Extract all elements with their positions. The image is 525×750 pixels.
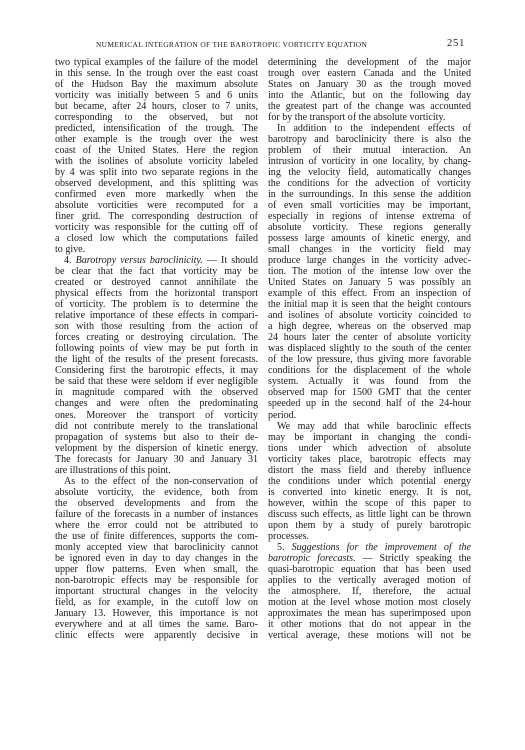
text-run: and isolines of absolute vorticity coinc…: [268, 310, 471, 321]
text-run: for by the transport of the absolute vor…: [268, 112, 445, 123]
text-run: other example is the trough over the wes…: [55, 134, 258, 145]
text-line: observed map for 1500 GMT that the cente…: [268, 387, 471, 398]
text-line: be clear that the fact that vorticity ma…: [55, 266, 258, 277]
text-line: The forecasts for January 30 and January…: [55, 454, 258, 465]
text-line: a high degree, whereas on the observed m…: [268, 321, 471, 332]
text-line: of the Hudson Bay the maximum absolute: [55, 79, 258, 90]
text-line: As to the effect of the non-conservation…: [55, 476, 258, 487]
text-line: of even small vorticities may be importa…: [268, 200, 471, 211]
text-run: important structural changes in the velo…: [55, 586, 258, 597]
text-run: in the surroundings. In this sense the a…: [268, 189, 471, 200]
italic-heading: barotropic forecasts.: [268, 553, 356, 564]
text-line: vorticity was initially between 5 and 6 …: [55, 90, 258, 101]
text-line: but became, after 24 hours, closer to 7 …: [55, 101, 258, 112]
text-run: field, as for example, in the cutoff low…: [55, 597, 258, 608]
text-run: the light of the results of the present …: [55, 354, 258, 365]
text-run: where the error could not be attributed …: [55, 520, 258, 531]
text-line: trough over eastern Canada and the Unite…: [268, 68, 471, 79]
text-run: failure of the forecasts in a number of …: [55, 509, 258, 520]
text-run: the atmosphere. If, therefore, the actua…: [268, 586, 471, 597]
text-run: applies to the vertically averaged motio…: [268, 575, 471, 586]
text-line: of the low pressure, thus giving more fa…: [268, 354, 471, 365]
text-line: failure of the forecasts in a number of …: [55, 509, 258, 520]
text-line: propagation of systems but also to their…: [55, 432, 258, 443]
text-line: distort the mass field and thereby influ…: [268, 465, 471, 476]
text-line: system. Actually it was found from the: [268, 376, 471, 387]
text-line: motion at the level whose motion most cl…: [268, 597, 471, 608]
text-run: did not contribute merely to the transla…: [55, 421, 258, 432]
text-run: produce large changes in the vorticity a…: [268, 255, 471, 266]
text-line: the atmosphere. If, therefore, the actua…: [268, 586, 471, 597]
text-run: of the low pressure, thus giving more fa…: [268, 354, 471, 365]
text-line: following points of view may be put fort…: [55, 343, 258, 354]
running-title: NUMERICAL INTEGRATION OF THE BAROTROPIC …: [96, 40, 396, 49]
text-run: the conditions for the advection of vort…: [268, 178, 471, 189]
text-line: States on January 30 as the trough moved: [268, 79, 471, 90]
text-run: upon them by a study of purely barotropi…: [268, 520, 471, 531]
text-line: velopment by the dispersion of kinetic e…: [55, 443, 258, 454]
text-line: conditions for the displacement of the w…: [268, 365, 471, 376]
text-line: be ignored even in day to day changes in…: [55, 553, 258, 564]
text-run: States on January 30 as the trough moved: [268, 79, 471, 90]
text-line: relative importance of these effects in …: [55, 310, 258, 321]
text-run: United States on January 5 was possibly …: [268, 277, 471, 288]
text-run: absolute vorticity. These regions genera…: [268, 222, 471, 233]
text-run: of even small vorticities may be importa…: [268, 200, 471, 211]
journal-page: NUMERICAL INTEGRATION OF THE BAROTROPIC …: [0, 0, 525, 750]
text-line: quasi-barotropic equation that has been …: [268, 564, 471, 575]
italic-heading: Barotropy versus baroclinicity.: [76, 255, 203, 266]
text-run: of the Hudson Bay the maximum absolute: [55, 79, 258, 90]
text-line: it other motions that do not appear in t…: [268, 619, 471, 630]
text-line: field, as for example, in the cutoff low…: [55, 597, 258, 608]
text-run: are illustrations of this point.: [55, 465, 171, 476]
text-line: In addition to the independent effects o…: [268, 123, 471, 134]
text-run: approximates the mean has superimposed u…: [268, 608, 471, 619]
text-run: propagation of systems but also to their…: [55, 432, 258, 443]
text-line: however, within the scope of this paper …: [268, 498, 471, 509]
text-run: by 4 was split into two separate regions…: [55, 167, 258, 178]
text-line: vertical average, these motions will not…: [268, 630, 471, 641]
text-line: period.: [268, 410, 471, 421]
text-line: predicted, intensification of the trough…: [55, 123, 258, 134]
text-run: was displaced slightly to the south of t…: [268, 343, 471, 354]
text-run: created or destroyed cannot annihilate t…: [55, 277, 258, 288]
text-line: absolute vorticity, the evidence, both f…: [55, 487, 258, 498]
text-line: problem of their mutual interaction. An: [268, 145, 471, 156]
text-line: observed development, and this splitting…: [55, 178, 258, 189]
text-run: son with those resulting from the action…: [55, 321, 258, 332]
text-run: barotropy and baroclinicity there is als…: [268, 134, 471, 145]
text-line: the use of finite differences, supports …: [55, 531, 258, 542]
text-run: intrusion of vorticity in one locality, …: [268, 156, 471, 167]
text-line: tions under which advection of absolute: [268, 443, 471, 454]
text-line: non-barotropic effects may be responsibl…: [55, 575, 258, 586]
text-run: physical effects from the horizontal tra…: [55, 288, 258, 299]
text-line: and isolines of absolute vorticity coinc…: [268, 310, 471, 321]
text-line: are illustrations of this point.: [55, 465, 258, 476]
text-line: tion. The motion of the intense low over…: [268, 266, 471, 277]
text-line: confirmed even more markedly when the: [55, 189, 258, 200]
text-run: system. Actually it was found from the: [268, 376, 471, 387]
text-run: example of this effect. From an inspecti…: [268, 288, 471, 299]
left-column: two typical examples of the failure of t…: [55, 57, 258, 641]
text-line: physical effects from the horizontal tra…: [55, 288, 258, 299]
text-run: tion. The motion of the intense low over…: [268, 266, 471, 277]
text-run: forces creating or destroying circulatio…: [55, 332, 258, 343]
text-line: vorticity takes place, barotropic effect…: [268, 454, 471, 465]
text-run: the observed developments and from the: [55, 498, 258, 509]
text-line: the greatest part of the change was acco…: [268, 101, 471, 112]
text-line: produce large changes in the vorticity a…: [268, 255, 471, 266]
text-line: small changes in the vorticity field may: [268, 244, 471, 255]
text-line: approximates the mean has superimposed u…: [268, 608, 471, 619]
text-run: trough over eastern Canada and the Unite…: [268, 68, 471, 79]
text-run: changes and were often the predominating: [55, 398, 258, 409]
text-run: is converted into kinetic energy. It is …: [268, 487, 471, 498]
text-line: with the isolines of absolute vorticity …: [55, 156, 258, 167]
text-line: created or destroyed cannot annihilate t…: [55, 277, 258, 288]
text-line: We may add that while baroclinic effects: [268, 421, 471, 432]
text-run: 4.: [64, 255, 76, 266]
text-line: be said that these were seldom if ever n…: [55, 376, 258, 387]
text-run: predicted, intensification of the trough…: [55, 123, 258, 134]
text-line: 5. Suggestions for the improvement of th…: [268, 542, 471, 553]
text-run: monly accepted view that baroclinicity c…: [55, 542, 258, 553]
text-line: where the error could not be attributed …: [55, 520, 258, 531]
text-run: upper flow patterns. Even when small, th…: [55, 564, 258, 575]
text-run: — It should: [203, 255, 258, 266]
text-line: in magnitude compared with the observed: [55, 387, 258, 398]
text-line: clinic effects were apparently decisive …: [55, 630, 258, 641]
text-line: 24 hours later the center of absolute vo…: [268, 332, 471, 343]
text-run: Considering first the barotropic effects…: [55, 365, 258, 376]
text-run: 5.: [277, 542, 292, 553]
text-line: in this sense. In the trough over the ea…: [55, 68, 258, 79]
page-number: 251: [447, 38, 465, 49]
text-run: two typical examples of the failure of t…: [55, 57, 258, 68]
text-line: ones. Moreover the transport of vorticit…: [55, 410, 258, 421]
text-line: applies to the vertically averaged motio…: [268, 575, 471, 586]
text-run: coast of the United States. Here the reg…: [55, 145, 258, 156]
text-run: — Strictly speaking the: [356, 553, 471, 564]
text-line: ing the velocity field, automatically ch…: [268, 167, 471, 178]
text-line: absolute vorticities were recomputed for…: [55, 200, 258, 211]
text-run: discuss such effects, as little light ca…: [268, 509, 471, 520]
text-line: may be important in changing the condi-: [268, 432, 471, 443]
text-line: everywhere and at all times the same. Ba…: [55, 619, 258, 630]
text-run: absolute vorticity, the evidence, both f…: [55, 487, 258, 498]
text-run: non-barotropic effects may be responsibl…: [55, 575, 258, 586]
text-run: period.: [268, 410, 296, 421]
text-line: other example is the trough over the wes…: [55, 134, 258, 145]
text-run: be said that these were seldom if ever n…: [55, 376, 258, 387]
text-line: United States on January 5 was possibly …: [268, 277, 471, 288]
text-run: observed map for 1500 GMT that the cente…: [268, 387, 471, 398]
text-run: conditions for the displacement of the w…: [268, 365, 471, 376]
text-line: absolute vorticity. These regions genera…: [268, 222, 471, 233]
text-run: vertical average, these motions will not…: [268, 630, 471, 641]
text-line: upon them by a study of purely barotropi…: [268, 520, 471, 531]
text-run: tions under which advection of absolute: [268, 443, 471, 454]
text-line: coast of the United States. Here the reg…: [55, 145, 258, 156]
text-run: may be important in changing the condi-: [268, 432, 471, 443]
text-run: processes.: [268, 531, 309, 542]
text-run: finer grid. The corresponding destructio…: [55, 211, 258, 222]
text-line: 4. Barotropy versus baroclinicity. — It …: [55, 255, 258, 266]
text-line: did not contribute merely to the transla…: [55, 421, 258, 432]
text-line: into the Atlantic, but on the following …: [268, 90, 471, 101]
text-run: ones. Moreover the transport of vorticit…: [55, 410, 258, 421]
text-run: vorticity was responsible for the cuttin…: [55, 222, 258, 233]
text-line: possess large amounts of kinetic energy,…: [268, 233, 471, 244]
text-line: upper flow patterns. Even when small, th…: [55, 564, 258, 575]
text-run: possess large amounts of kinetic energy,…: [268, 233, 471, 244]
text-run: into the Atlantic, but on the following …: [268, 90, 471, 101]
text-line: the conditions for the advection of vort…: [268, 178, 471, 189]
text-run: a closed low which the computations fail…: [55, 233, 258, 244]
text-run: vorticity takes place, barotropic effect…: [268, 454, 471, 465]
text-run: be ignored even in day to day changes in…: [55, 553, 258, 564]
text-run: In addition to the independent effects o…: [277, 123, 471, 134]
text-line: corresponding to the observed, but not: [55, 112, 258, 123]
text-line: forces creating or destroying circulatio…: [55, 332, 258, 343]
text-line: to give.: [55, 244, 258, 255]
text-line: intrusion of vorticity in one locality, …: [268, 156, 471, 167]
text-line: a closed low which the computations fail…: [55, 233, 258, 244]
text-run: problem of their mutual interaction. An: [268, 145, 471, 156]
text-line: processes.: [268, 531, 471, 542]
text-line: is converted into kinetic energy. It is …: [268, 487, 471, 498]
right-column: determining the development of the major…: [268, 57, 471, 641]
text-line: monly accepted view that baroclinicity c…: [55, 542, 258, 553]
text-line: by 4 was split into two separate regions…: [55, 167, 258, 178]
text-run: observed development, and this splitting…: [55, 178, 258, 189]
text-line: important structural changes in the velo…: [55, 586, 258, 597]
text-line: example of this effect. From an inspecti…: [268, 288, 471, 299]
text-line: especially in regions of intense extrema…: [268, 211, 471, 222]
text-line: of vorticity. The problem is to determin…: [55, 299, 258, 310]
text-run: relative importance of these effects in …: [55, 310, 258, 321]
text-run: 24 hours later the center of absolute vo…: [268, 332, 471, 343]
text-line: vorticity was responsible for the cuttin…: [55, 222, 258, 233]
text-run: the use of finite differences, supports …: [55, 531, 258, 542]
text-run: following points of view may be put fort…: [55, 343, 258, 354]
text-run: in this sense. In the trough over the ea…: [55, 68, 258, 79]
text-run: clinic effects were apparently decisive …: [55, 630, 258, 641]
text-line: finer grid. The corresponding destructio…: [55, 211, 258, 222]
text-run: a high degree, whereas on the observed m…: [268, 321, 471, 332]
text-run: but became, after 24 hours, closer to 7 …: [55, 101, 258, 112]
text-run: the conditions under which potential ene…: [268, 476, 471, 487]
text-line: two typical examples of the failure of t…: [55, 57, 258, 68]
text-run: however, within the scope of this paper …: [268, 498, 471, 509]
text-run: especially in regions of intense extrema…: [268, 211, 471, 222]
text-line: the initial map it is seen that the heig…: [268, 299, 471, 310]
text-run: We may add that while baroclinic effects: [277, 421, 471, 432]
text-run: corresponding to the observed, but not: [55, 112, 258, 123]
text-run: of vorticity. The problem is to determin…: [55, 299, 258, 310]
italic-heading: Suggestions for the improvement of the: [292, 542, 471, 553]
text-run: As to the effect of the non-conservation…: [64, 476, 258, 487]
text-line: was displaced slightly to the south of t…: [268, 343, 471, 354]
text-line: barotropic forecasts. — Strictly speakin…: [268, 553, 471, 564]
text-run: motion at the level whose motion most cl…: [268, 597, 471, 608]
text-run: absolute vorticities were recomputed for…: [55, 200, 258, 211]
text-run: the initial map it is seen that the heig…: [268, 299, 471, 310]
text-run: confirmed even more markedly when the: [55, 189, 258, 200]
text-run: it other motions that do not appear in t…: [268, 619, 471, 630]
text-run: small changes in the vorticity field may: [268, 244, 471, 255]
text-run: be clear that the fact that vorticity ma…: [55, 266, 258, 277]
text-run: quasi-barotropic equation that has been …: [268, 564, 471, 575]
text-line: the conditions under which potential ene…: [268, 476, 471, 487]
text-run: ing the velocity field, automatically ch…: [268, 167, 471, 178]
text-run: determining the development of the major: [268, 57, 471, 68]
text-run: to give.: [55, 244, 85, 255]
text-run: velopment by the dispersion of kinetic e…: [55, 443, 258, 454]
text-run: in magnitude compared with the observed: [55, 387, 258, 398]
text-run: speeded up in the second half of the 24-…: [268, 398, 471, 409]
text-run: distort the mass field and thereby influ…: [268, 465, 471, 476]
text-line: the light of the results of the present …: [55, 354, 258, 365]
text-line: discuss such effects, as little light ca…: [268, 509, 471, 520]
text-line: son with those resulting from the action…: [55, 321, 258, 332]
text-line: January 13. However, this importance is …: [55, 608, 258, 619]
text-line: changes and were often the predominating: [55, 398, 258, 409]
text-run: January 13. However, this importance is …: [55, 608, 258, 619]
text-line: Considering first the barotropic effects…: [55, 365, 258, 376]
text-run: vorticity was initially between 5 and 6 …: [55, 90, 258, 101]
text-line: determining the development of the major: [268, 57, 471, 68]
text-line: barotropy and baroclinicity there is als…: [268, 134, 471, 145]
text-run: The forecasts for January 30 and January…: [55, 454, 258, 465]
text-line: in the surroundings. In this sense the a…: [268, 189, 471, 200]
text-run: with the isolines of absolute vorticity …: [55, 156, 258, 167]
text-run: the greatest part of the change was acco…: [268, 101, 471, 112]
text-line: the observed developments and from the: [55, 498, 258, 509]
text-line: speeded up in the second half of the 24-…: [268, 398, 471, 409]
text-line: for by the transport of the absolute vor…: [268, 112, 471, 123]
text-run: everywhere and at all times the same. Ba…: [55, 619, 258, 630]
